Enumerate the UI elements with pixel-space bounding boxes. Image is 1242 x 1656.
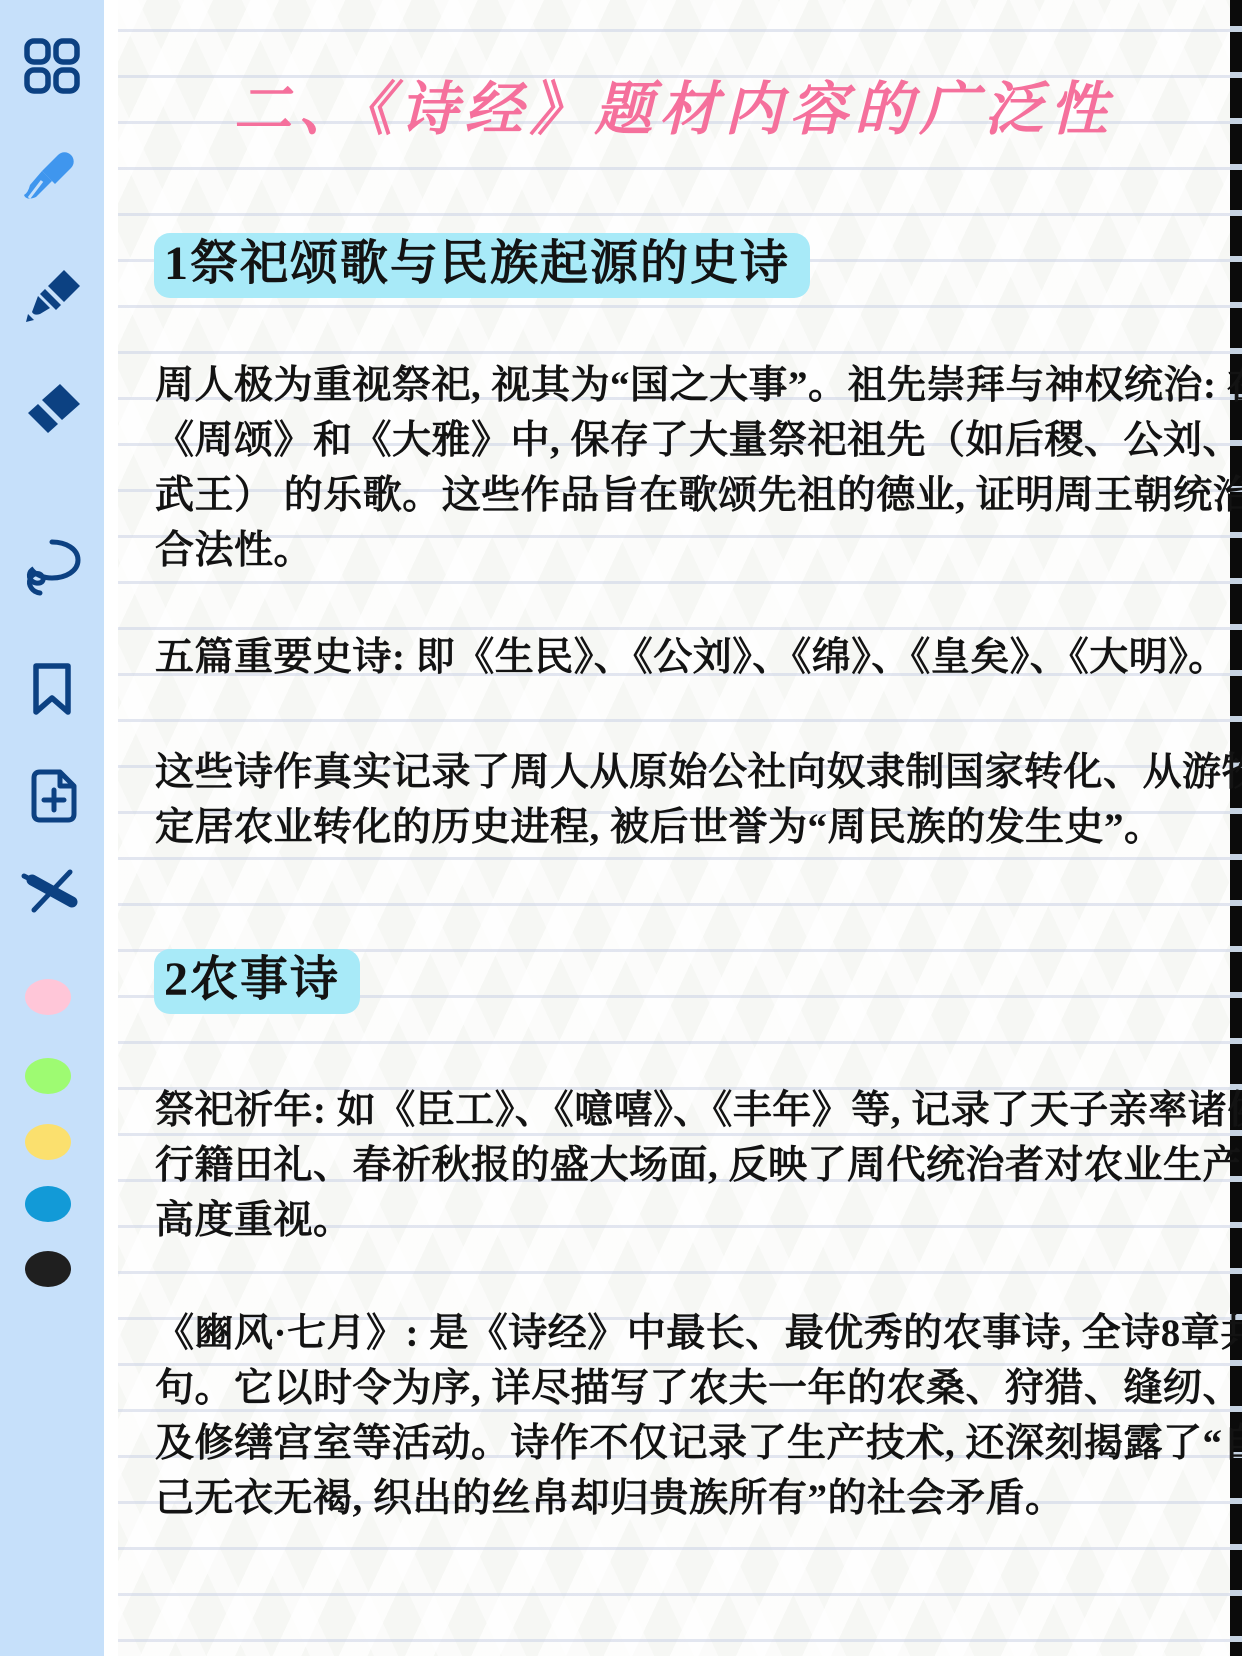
add-page-icon[interactable] bbox=[20, 764, 84, 828]
page-title: 二、《诗经》题材内容的广泛性 bbox=[118, 62, 1230, 158]
section-1-heading: 1祭祀颂歌与民族起源的史诗 bbox=[154, 232, 810, 296]
color-swatch-pink[interactable] bbox=[25, 979, 71, 1015]
section-2-heading-highlight: 2农事诗 bbox=[154, 949, 360, 1014]
text-line: 《周颂》和《大雅》中, 保存了大量祭祀祖先（如后稷、公刘、文王、 bbox=[155, 413, 1200, 468]
grid-menu-icon[interactable] bbox=[20, 34, 84, 98]
paragraph-history-record: 这些诗作真实记录了周人从原始公社向奴隶制国家转化、从游牧向 定居农业转化的历史进… bbox=[155, 745, 1200, 855]
bookmark-icon[interactable] bbox=[20, 660, 84, 724]
color-swatch-yellow[interactable] bbox=[25, 1124, 71, 1160]
text-line: 高度重视。 bbox=[155, 1193, 1200, 1248]
text-line: 《豳风·七月》: 是《诗经》中最长、最优秀的农事诗, 全诗8章共88 bbox=[155, 1306, 1200, 1361]
text-line: 及修缮宫室等活动。诗作不仅记录了生产技术, 还深刻揭露了“自 bbox=[155, 1416, 1200, 1471]
text-line: 定居农业转化的历史进程, 被后世誉为“周民族的发生史”。 bbox=[155, 800, 1200, 855]
cut-icon[interactable] bbox=[20, 860, 84, 924]
text-line: 这些诗作真实记录了周人从原始公社向奴隶制国家转化、从游牧向 bbox=[155, 745, 1200, 800]
text-line: 五篇重要史诗: 即《生民》、《公刘》、《绵》、《皇矣》、《大明》。 bbox=[155, 630, 1200, 685]
paragraph-ancestor-worship: 周人极为重视祭祀, 视其为“国之大事”。祖先崇拜与神权统治: 在 《周颂》和《大… bbox=[155, 358, 1200, 578]
paragraph-farming-sacrifice: 祭祀祈年: 如《臣工》、《噫嘻》、《丰年》等, 记录了天子亲率诸侯进 行籍田礼、… bbox=[155, 1083, 1200, 1248]
text-line: 行籍田礼、春祈秋报的盛大场面, 反映了周代统治者对农业生产的 bbox=[155, 1138, 1200, 1193]
section-1-heading-highlight: 1祭祀颂歌与民族起源的史诗 bbox=[154, 233, 810, 298]
color-swatch-green[interactable] bbox=[25, 1058, 71, 1094]
section-2-heading: 2农事诗 bbox=[154, 948, 360, 1012]
text-line: 祭祀祈年: 如《臣工》、《噫嘻》、《丰年》等, 记录了天子亲率诸侯进 bbox=[155, 1083, 1200, 1138]
sidebar-paper-gutter bbox=[104, 0, 118, 1656]
brush-pen-icon[interactable] bbox=[20, 143, 84, 207]
eraser-icon[interactable] bbox=[20, 378, 84, 442]
lasso-icon[interactable] bbox=[20, 536, 84, 600]
highlighter-icon[interactable] bbox=[20, 262, 84, 326]
text-line: 句。它以时令为序, 详尽描写了农夫一年的农桑、狩猎、缝纫、酿造 bbox=[155, 1361, 1200, 1416]
paragraph-five-epics: 五篇重要史诗: 即《生民》、《公刘》、《绵》、《皇矣》、《大明》。 bbox=[155, 630, 1200, 685]
paragraph-binfeng-qiyue: 《豳风·七月》: 是《诗经》中最长、最优秀的农事诗, 全诗8章共88 句。它以时… bbox=[155, 1306, 1200, 1526]
color-swatch-blue[interactable] bbox=[25, 1186, 71, 1222]
toolbar-sidebar bbox=[0, 0, 104, 1656]
text-line: 己无衣无褐, 织出的丝帛却归贵族所有”的社会矛盾。 bbox=[155, 1471, 1200, 1526]
text-line: 合法性。 bbox=[155, 523, 1200, 578]
color-swatch-black[interactable] bbox=[25, 1251, 71, 1287]
text-line: 周人极为重视祭祀, 视其为“国之大事”。祖先崇拜与神权统治: 在 bbox=[155, 358, 1200, 413]
text-line: 武王） 的乐歌。这些作品旨在歌颂先祖的德业, 证明周王朝统治的 bbox=[155, 468, 1200, 523]
note-app-window: 二、《诗经》题材内容的广泛性 1祭祀颂歌与民族起源的史诗 周人极为重视祭祀, 视… bbox=[0, 0, 1242, 1656]
note-page-canvas[interactable]: 二、《诗经》题材内容的广泛性 1祭祀颂歌与民族起源的史诗 周人极为重视祭祀, 视… bbox=[118, 0, 1230, 1656]
